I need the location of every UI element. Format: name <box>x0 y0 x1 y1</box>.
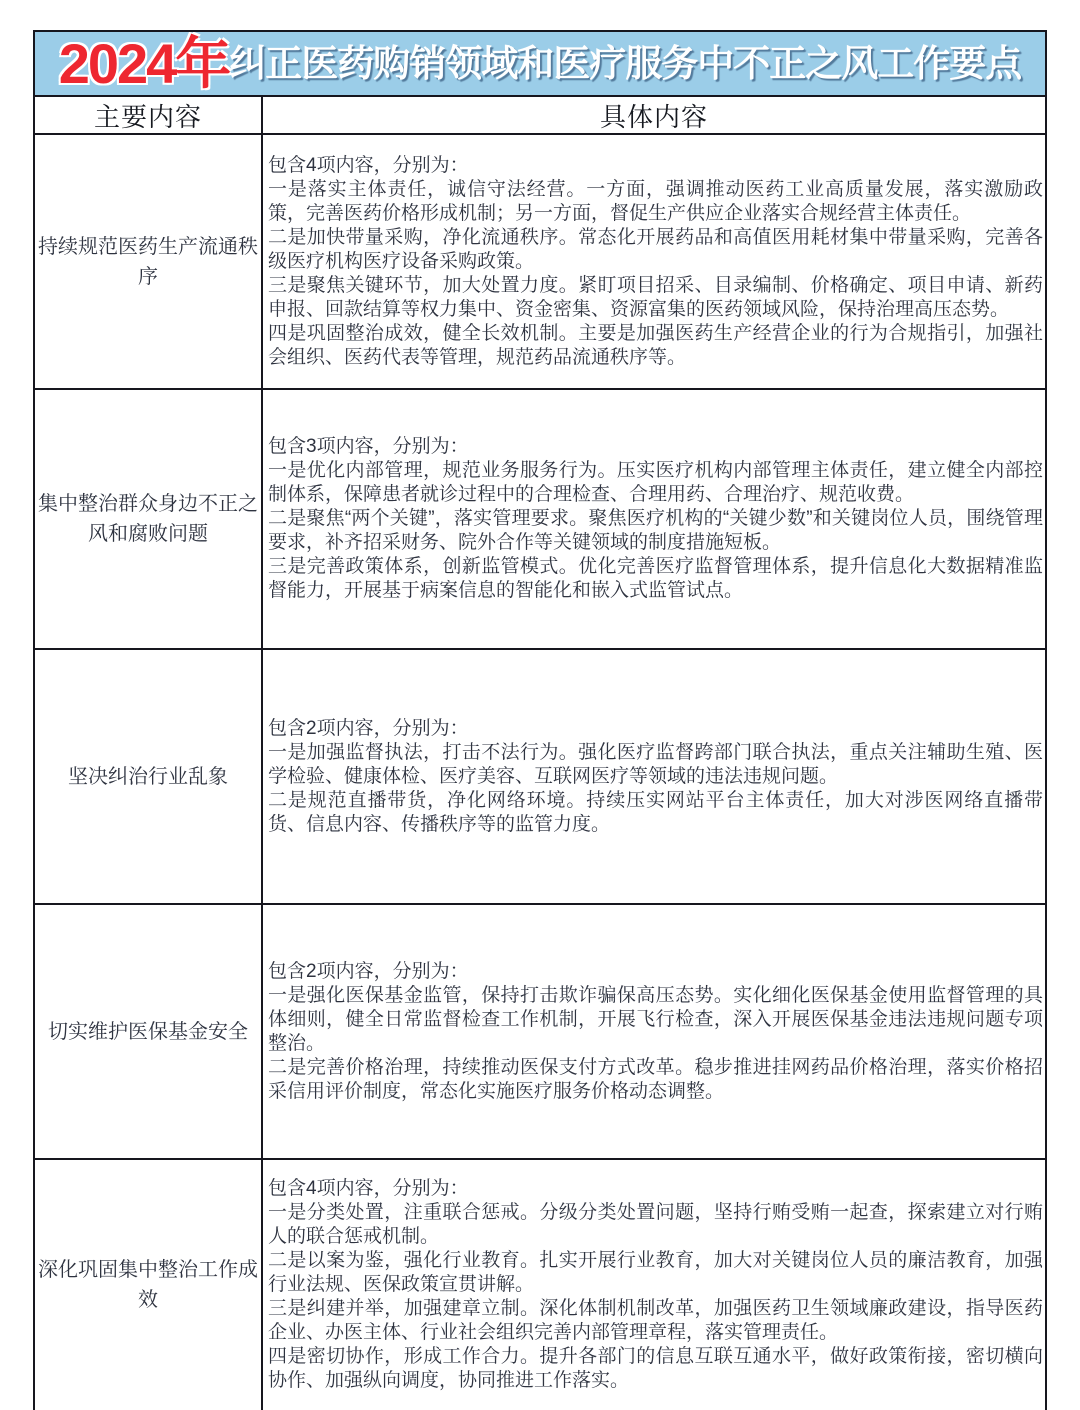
main-content-label: 持续规范医药生产流通秩序 <box>37 232 259 292</box>
table-row: 切实维护医保基金安全 包含2项内容，分别为： 一是强化医保基金监管，保持打击欺诈… <box>35 905 1045 1160</box>
detail-content-cell: 包含2项内容，分别为： 一是强化医保基金监管，保持打击欺诈骗保高压态势。实化细化… <box>263 905 1045 1158</box>
document-page: 2024年 纠正医药购销领域和医疗服务中不正之风工作要点 主要内容 具体内容 持… <box>0 0 1080 1410</box>
detail-item: 四是密切协作，形成工作合力。提升各部门的信息互联互通水平，做好政策衔接，密切横向… <box>268 1345 1043 1393</box>
detail-item: 二是加快带量采购，净化流通秩序。常态化开展药品和高值医用耗材集中带量采购，完善各… <box>268 226 1043 274</box>
table-body: 持续规范医药生产流通秩序 包含4项内容，分别为： 一是落实主体责任，诚信守法经营… <box>33 135 1047 1410</box>
main-content-cell: 深化巩固集中整治工作成效 <box>35 1160 263 1410</box>
detail-intro: 包含2项内容，分别为： <box>268 960 1043 984</box>
detail-item: 三是纠建并举，加强建章立制。深化体制机制改革，加强医药卫生领域廉政建设，指导医药… <box>268 1297 1043 1345</box>
table-row: 持续规范医药生产流通秩序 包含4项内容，分别为： 一是落实主体责任，诚信守法经营… <box>35 135 1045 390</box>
detail-item: 二是规范直播带货，净化网络环境。持续压实网站平台主体责任，加大对涉医网络直播带货… <box>268 789 1043 837</box>
main-content-label: 集中整治群众身边不正之风和腐败问题 <box>37 489 259 549</box>
detail-intro: 包含2项内容，分别为： <box>268 717 1043 741</box>
main-content-cell: 坚决纠治行业乱象 <box>35 650 263 903</box>
main-content-cell: 持续规范医药生产流通秩序 <box>35 135 263 388</box>
main-content-label: 切实维护医保基金安全 <box>48 1017 248 1047</box>
detail-item: 二是完善价格治理，持续推动医保支付方式改革。稳步推进挂网药品价格治理，落实价格招… <box>268 1056 1043 1104</box>
detail-item: 一是分类处置，注重联合惩戒。分级分类处置问题，坚持行贿受贿一起查，探索建立对行贿… <box>268 1201 1043 1249</box>
detail-item: 三是完善政策体系，创新监管模式。优化完善医疗监督管理体系，提升信息化大数据精准监… <box>268 555 1043 603</box>
detail-content-cell: 包含4项内容，分别为： 一是分类处置，注重联合惩戒。分级分类处置问题，坚持行贿受… <box>263 1160 1045 1410</box>
table-row: 坚决纠治行业乱象 包含2项内容，分别为： 一是加强监督执法，打击不法行为。强化医… <box>35 650 1045 905</box>
table-row: 集中整治群众身边不正之风和腐败问题 包含3项内容，分别为： 一是优化内部管理，规… <box>35 390 1045 650</box>
banner-year-text: 2024年 <box>59 36 230 92</box>
column-header-detail: 具体内容 <box>263 97 1045 133</box>
main-content-cell: 切实维护医保基金安全 <box>35 905 263 1158</box>
detail-item: 二是以案为鉴，强化行业教育。扎实开展行业教育，加大对关键岗位人员的廉洁教育，加强… <box>268 1249 1043 1297</box>
work-points-table: 2024年 纠正医药购销领域和医疗服务中不正之风工作要点 主要内容 具体内容 持… <box>33 30 1047 1410</box>
main-content-label: 坚决纠治行业乱象 <box>68 762 228 792</box>
main-content-cell: 集中整治群众身边不正之风和腐败问题 <box>35 390 263 648</box>
column-header-main: 主要内容 <box>35 97 263 133</box>
detail-intro: 包含4项内容，分别为： <box>268 1177 1043 1201</box>
detail-item: 三是聚焦关键环节，加大处置力度。紧盯项目招采、目录编制、价格确定、项目申请、新药… <box>268 274 1043 322</box>
detail-content-cell: 包含3项内容，分别为： 一是优化内部管理，规范业务服务行为。压实医疗机构内部管理… <box>263 390 1045 648</box>
main-content-label: 深化巩固集中整治工作成效 <box>37 1255 259 1315</box>
title-banner: 2024年 纠正医药购销领域和医疗服务中不正之风工作要点 <box>33 30 1047 95</box>
detail-item: 四是巩固整治成效，健全长效机制。主要是加强医药生产经营企业的行为合规指引，加强社… <box>268 322 1043 370</box>
detail-item: 一是加强监督执法，打击不法行为。强化医疗监督跨部门联合执法，重点关注辅助生殖、医… <box>268 741 1043 789</box>
detail-item: 一是优化内部管理，规范业务服务行为。压实医疗机构内部管理主体责任，建立健全内部控… <box>268 459 1043 507</box>
detail-content-cell: 包含4项内容，分别为： 一是落实主体责任，诚信守法经营。一方面，强调推动医药工业… <box>263 135 1045 388</box>
detail-item: 一是强化医保基金监管，保持打击欺诈骗保高压态势。实化细化医保基金使用监督管理的具… <box>268 984 1043 1056</box>
table-row: 深化巩固集中整治工作成效 包含4项内容，分别为： 一是分类处置，注重联合惩戒。分… <box>35 1160 1045 1410</box>
banner-title-text: 纠正医药购销领域和医疗服务中不正之风工作要点 <box>229 45 1021 82</box>
detail-item: 一是落实主体责任，诚信守法经营。一方面，强调推动医药工业高质量发展，落实激励政策… <box>268 178 1043 226</box>
detail-intro: 包含3项内容，分别为： <box>268 435 1043 459</box>
detail-intro: 包含4项内容，分别为： <box>268 154 1043 178</box>
table-header-row: 主要内容 具体内容 <box>33 95 1047 135</box>
detail-content-cell: 包含2项内容，分别为： 一是加强监督执法，打击不法行为。强化医疗监督跨部门联合执… <box>263 650 1045 903</box>
detail-item: 二是聚焦“两个关键”，落实管理要求。聚焦医疗机构的“关键少数”和关键岗位人员，围… <box>268 507 1043 555</box>
